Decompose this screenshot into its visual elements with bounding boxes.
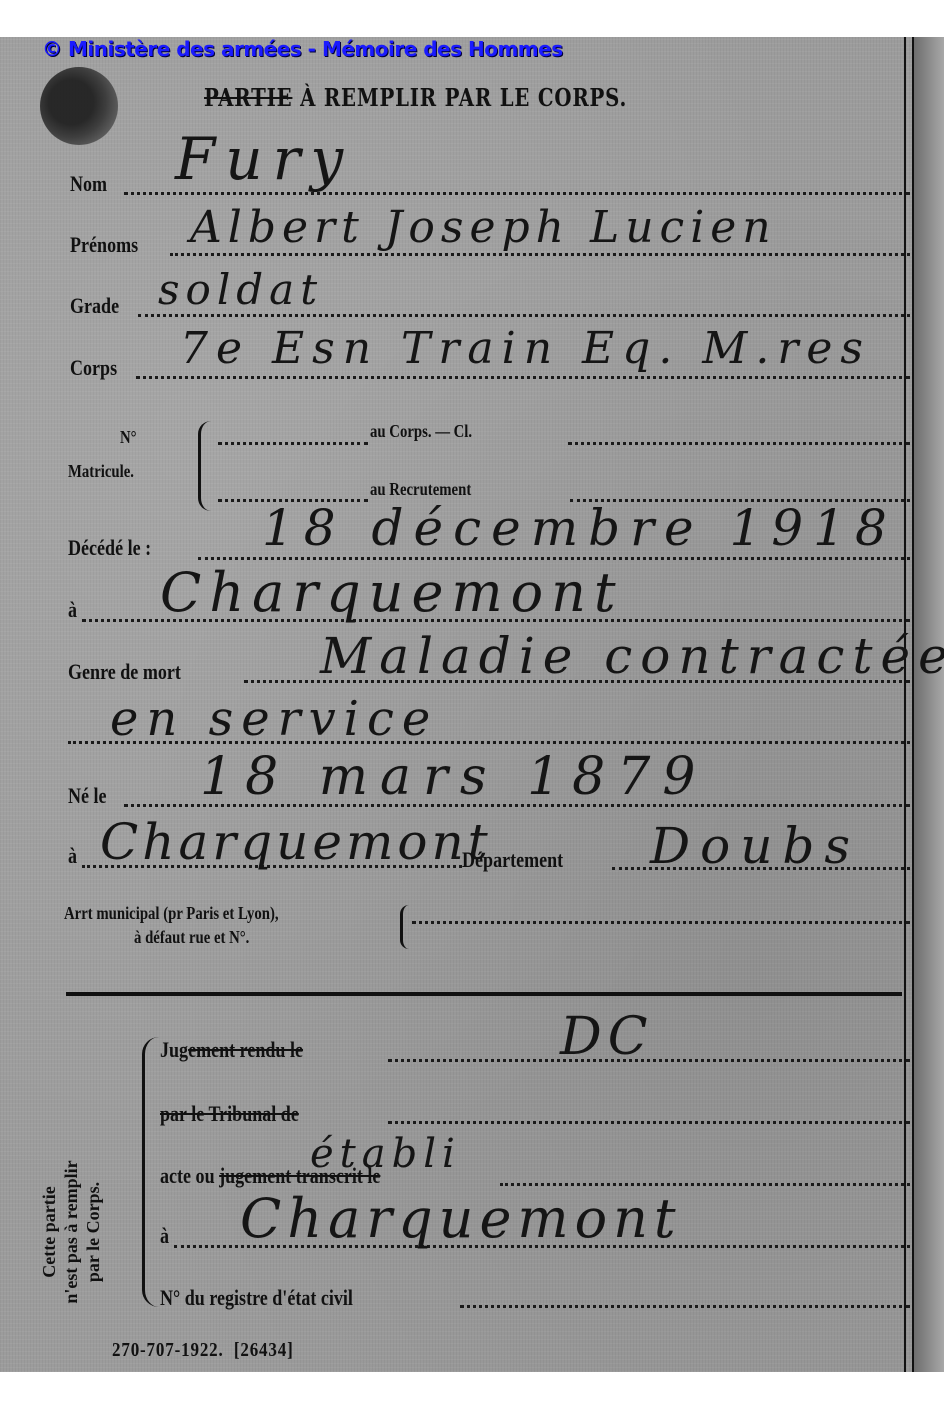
- arrondissement-label-1: Arrt municipal (pr Paris et Lyon),: [64, 903, 279, 924]
- corps-label: Corps: [70, 355, 117, 381]
- lieu-acte-value: Charquemont: [240, 1187, 682, 1250]
- genre-de-mort-value-2: en service: [110, 691, 438, 747]
- corps-value: 7e Esn Train Eq. M.res: [180, 323, 871, 374]
- matricule-brace: [198, 421, 211, 511]
- prenoms-line: [170, 253, 910, 256]
- page-edge-shadow: [914, 37, 944, 1372]
- genre-de-mort-label: Genre de mort: [68, 659, 181, 685]
- side-note-line-3: par le Corps.: [82, 1107, 104, 1357]
- nom-value: Fury: [175, 125, 353, 193]
- prenoms-value: Albert Joseph Lucien: [190, 202, 777, 253]
- document-scan: © Ministère des armées - Mémoire des Hom…: [0, 37, 944, 1372]
- title-rest: À REMPLIR PAR LE CORPS.: [292, 83, 627, 112]
- print-code: 270-707-1922.: [112, 1339, 224, 1361]
- jugement-rendu-struck: ement rendu le: [188, 1037, 303, 1062]
- tribunal-line: [388, 1121, 910, 1124]
- decede-le-label: Décédé le :: [68, 535, 151, 561]
- lieu-naissance-value: Charquemont: [100, 813, 492, 871]
- page-edge-line: [904, 37, 906, 1372]
- prenoms-label: Prénoms: [70, 232, 138, 258]
- genre-de-mort-value: Maladie contractée: [320, 627, 944, 685]
- section-divider: [66, 992, 902, 996]
- grade-label: Grade: [70, 293, 119, 319]
- lieu-deces-label: à: [68, 597, 77, 623]
- corps-line: [136, 376, 910, 379]
- side-note-line-2: n'est pas à remplir: [60, 1107, 82, 1357]
- matricule-label-no: N°: [120, 427, 137, 448]
- acte-value: établi: [310, 1131, 461, 1177]
- grade-line: [138, 314, 910, 317]
- page-edge-line: [912, 37, 914, 1372]
- tribunal-label: par le Tribunal de: [160, 1101, 299, 1127]
- jugement-word: Jug: [160, 1037, 188, 1062]
- print-ref: [26434]: [234, 1339, 294, 1361]
- lieu-naissance-label: à: [68, 843, 77, 869]
- ne-le-label: Né le: [68, 783, 107, 809]
- print-footer: 270-707-1922. [26434]: [112, 1339, 294, 1362]
- departement-label: Département: [462, 847, 563, 873]
- registre-line: [460, 1305, 910, 1308]
- au-corps-label: au Corps. — Cl.: [370, 421, 472, 442]
- lieu-acte-label: à: [160, 1223, 169, 1249]
- decede-le-value: 18 décembre 1918: [262, 499, 897, 557]
- acte-line: [500, 1183, 910, 1186]
- decede-le-line: [198, 557, 910, 560]
- matricule-label: Matricule.: [68, 461, 134, 482]
- acte-label-plain: acte ou: [160, 1163, 219, 1188]
- lower-section-brace: [142, 1037, 159, 1307]
- departement-value: Doubs: [650, 817, 860, 875]
- title-struck-word: PARTIE: [204, 83, 292, 112]
- arrondissement-line: [412, 921, 910, 924]
- registre-label: N° du registre d'état civil: [160, 1285, 353, 1311]
- form-title: PARTIE À REMPLIR PAR LE CORPS.: [204, 83, 627, 112]
- side-note-line-1: Cette partie: [38, 1107, 60, 1357]
- jugement-rendu-value: DC: [560, 1007, 653, 1067]
- lieu-deces-value: Charquemont: [160, 561, 624, 624]
- grade-value: soldat: [158, 265, 323, 314]
- arrondissement-label-2: à défaut rue et N°.: [134, 927, 249, 948]
- side-note: Cette partie n'est pas à remplir par le …: [30, 1107, 150, 1357]
- ne-le-value: 18 mars 1879: [200, 747, 707, 807]
- jugement-rendu-label: Jugement rendu le: [160, 1037, 303, 1063]
- copyright-watermark: © Ministère des armées - Mémoire des Hom…: [42, 37, 563, 61]
- arrondissement-brace: [400, 905, 409, 949]
- au-recrutement-label: au Recrutement: [370, 479, 471, 500]
- au-corps-line: [218, 442, 368, 445]
- tribunal-label-text: par le Tribunal de: [160, 1101, 299, 1126]
- nom-label: Nom: [70, 171, 107, 197]
- classe-line: [568, 442, 910, 445]
- ink-stamp: [40, 67, 118, 145]
